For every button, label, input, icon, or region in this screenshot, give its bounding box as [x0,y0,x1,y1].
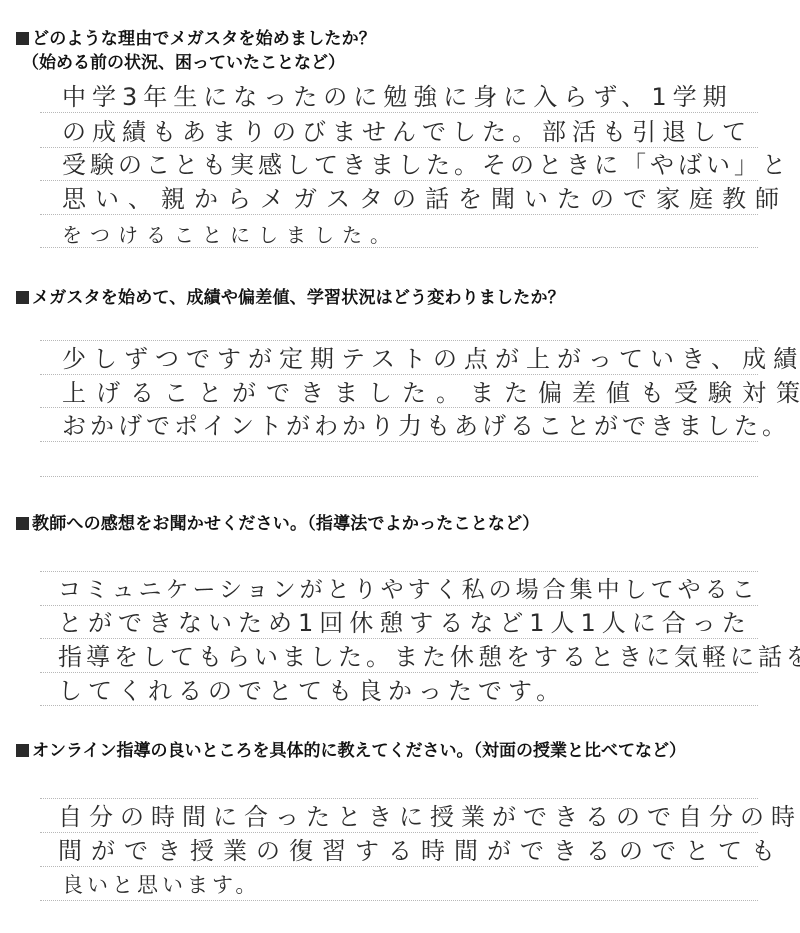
ruled-line [40,866,758,867]
ruled-line [40,374,758,375]
square-bullet-icon [16,32,29,45]
question-text: どのような理由でメガスタを始めましたか？ [32,29,376,49]
ruled-line [40,900,758,901]
question-subheading-1: （始める前の状況、困っていたことなど） [22,52,345,74]
ruled-line [40,180,758,181]
ruled-line [40,798,758,799]
ruled-line [40,407,758,408]
answer-line: 良いと思います。 [62,870,260,900]
answer-line: 自分の時間に合ったときに授業ができるので自分の時 [58,802,800,832]
answer-line: をつけることにしました。 [62,220,398,250]
question-heading-1: どのような理由でメガスタを始めましたか？ [16,28,376,50]
question-text: メガスタを始めて、成績や偏差値、学習状況はどう変わりましたか？ [32,288,565,308]
answer-line: 思い、親からメガスタの話を聞いたので家庭教師 [62,184,788,214]
answer-line: 上げることができました。また偏差値も受験対策の [62,378,800,408]
ruled-line [40,247,758,248]
question-text: 教師への感想をお聞かせください。（指導法でよかったことなど） [32,514,540,534]
ruled-line [40,476,758,477]
answer-line: の成績もあまりのびませんでした。部活も引退して [62,117,752,147]
ruled-line [40,638,758,639]
square-bullet-icon [16,291,29,304]
ruled-line [40,832,758,833]
square-bullet-icon [16,517,29,530]
answer-line: 指導をしてもらいました。また休憩をするときに気軽に話を [58,642,800,672]
answer-line: 少しずつですが定期テストの点が上がっていき、成績も [62,344,800,374]
ruled-line [40,340,758,341]
square-bullet-icon [16,744,29,757]
answer-line: 間ができ授業の復習する時間ができるのでとても [58,836,784,866]
answer-line: コミュニケーションがとりやすく私の場合集中してやるこ [58,575,759,605]
ruled-line [40,672,758,673]
question-heading-3: 教師への感想をお聞かせください。（指導法でよかったことなど） [16,513,540,535]
answer-line: 中学3年生になったのに勉強に身に入らず、1学期 [62,82,762,112]
answer-line: してくれるのでとても良かったです。 [58,676,566,706]
answer-line: 受験のことも実感してきました。そのときに「やばい」と [62,150,790,180]
ruled-line [40,571,758,572]
ruled-line [40,705,758,706]
ruled-line [40,112,758,113]
ruled-line [40,214,758,215]
answer-line: とができないため1回休憩するなど1人1人に合った [58,608,752,638]
ruled-line [40,441,758,442]
ruled-line [40,147,758,148]
question-text: オンライン指導の良いところを具体的に教えてください。（対面の授業と比べてなど） [32,741,686,761]
question-heading-4: オンライン指導の良いところを具体的に教えてください。（対面の授業と比べてなど） [16,740,686,762]
answer-line: おかげでポイントがわかり力もあげることができました。 [62,411,790,441]
ruled-line [40,605,758,606]
question-heading-2: メガスタを始めて、成績や偏差値、学習状況はどう変わりましたか？ [16,287,565,309]
